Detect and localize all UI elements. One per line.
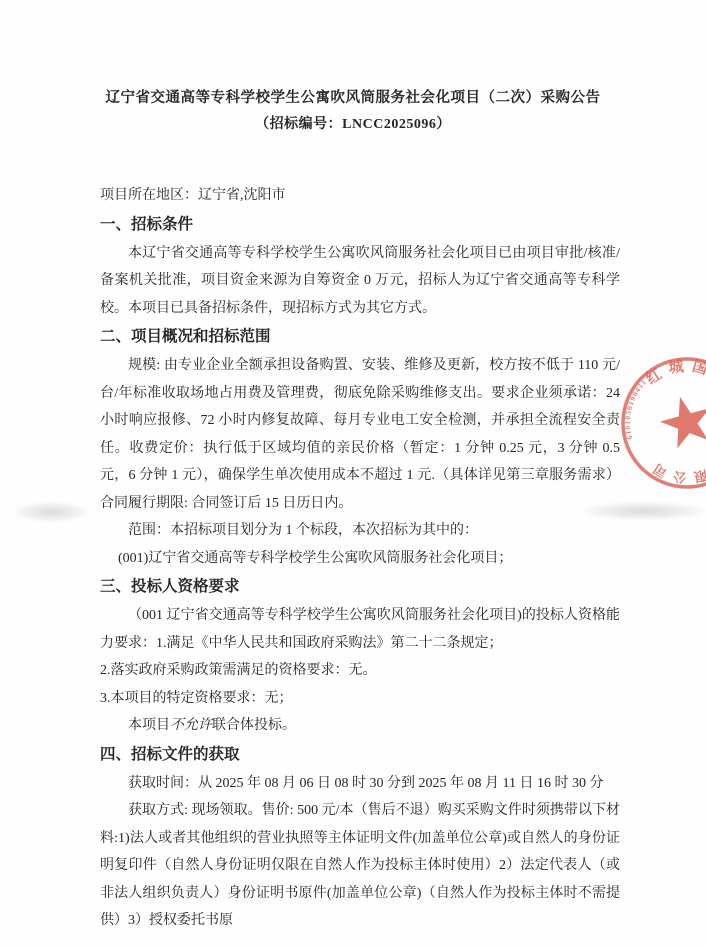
document-page: 辽宁省交通高等专科学校学生公寓吹风筒服务社会化项目（二次）采购公告 （招标编号：… [0, 0, 706, 948]
section-bid-conditions: 一、招标条件 本辽宁省交通高等专科学校学生公寓吹风筒服务社会化项目已由项目审批/… [100, 210, 620, 323]
seal-company-arc: 红城国际 [643, 356, 706, 394]
star-icon [660, 397, 706, 448]
paragraph: 本辽宁省交通高等专科学校学生公寓吹风筒服务社会化项目已由项目审批/核准/备案机关… [100, 240, 620, 323]
official-seal: 红城国际 6101050190411 有限公司 [602, 338, 706, 508]
seal-serial-text: 6101050190411 [623, 377, 649, 440]
paragraph: （001 辽宁省交通高等专科学校学生公寓吹风筒服务社会化项目)的投标人资格能力要… [100, 602, 620, 657]
section-heading: 二、项目概况和招标范围 [100, 322, 620, 352]
seal-company-text: 红城国际 [643, 356, 706, 394]
section-bidder-qualifications: 三、投标人资格要求 （001 辽宁省交通高等专科学校学生公寓吹风筒服务社会化项目… [100, 572, 620, 740]
document-body: 项目所在地区：辽宁省,沈阳市 一、招标条件 本辽宁省交通高等专科学校学生公寓吹风… [100, 182, 620, 935]
note-emphasis: 不允许 [170, 718, 212, 733]
paragraph: 2.落实政府采购政策需满足的资格要求：无。 [100, 657, 620, 685]
section-heading: 三、投标人资格要求 [100, 572, 620, 602]
document-title: 辽宁省交通高等专科学校学生公寓吹风筒服务社会化项目（二次）采购公告 [0, 0, 706, 110]
paragraph: 3.本项目的特定资格要求：无； [100, 685, 620, 713]
paragraph-consortium-note: 本项目不允许联合体投标。 [100, 712, 620, 740]
paragraph: 规模: 由专业企业全额承担设备购置、安装、维修及更新，校方按不低于 110 元/… [100, 352, 620, 517]
section-heading: 四、招标文件的获取 [100, 740, 620, 770]
paragraph: 范围：本招标项目划分为 1 个标段，本次招标为其中的： [100, 517, 620, 545]
seal-serial-arc: 6101050190411 [623, 377, 649, 440]
paragraph: 获取方式: 现场领取。售价: 500 元/本（售后不退）购买采购文件时须携带以下… [100, 797, 620, 935]
scan-smudge-left [14, 502, 88, 522]
section-document-acquisition: 四、招标文件的获取 获取时间：从 2025 年 08 月 06 日 08 时 3… [100, 740, 620, 935]
seal-bottom-text: 有限公司 [646, 457, 706, 485]
project-location-line: 项目所在地区：辽宁省,沈阳市 [100, 182, 620, 210]
seal-bottom-arc: 有限公司 [646, 457, 706, 485]
section-heading: 一、招标条件 [100, 210, 620, 240]
tender-number: （招标编号：LNCC2025096） [0, 110, 706, 140]
note-prefix: 本项目 [128, 718, 170, 733]
paragraph: (001)辽宁省交通高等专科学校学生公寓吹风筒服务社会化项目； [100, 545, 620, 573]
paragraph: 获取时间：从 2025 年 08 月 06 日 08 时 30 分到 2025 … [100, 770, 620, 798]
note-suffix: 联合体投标。 [212, 718, 296, 733]
section-project-overview: 二、项目概况和招标范围 规模: 由专业企业全额承担设备购置、安装、维修及更新，校… [100, 322, 620, 572]
